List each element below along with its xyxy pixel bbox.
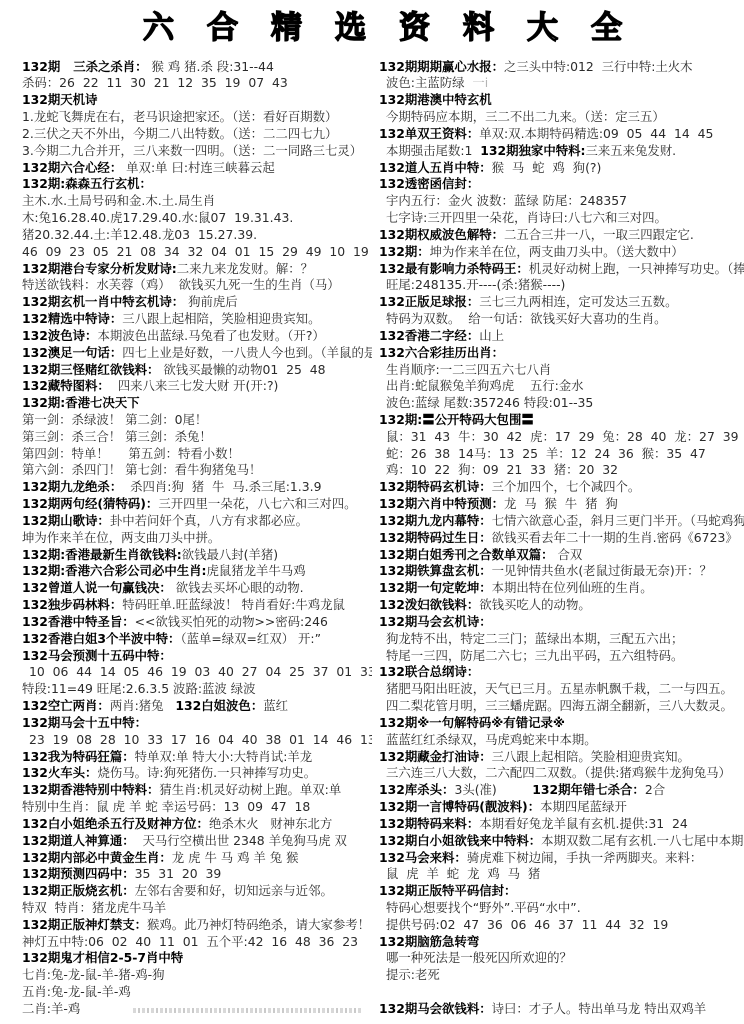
- entry-text: 单双:双.本期特码精选:09 05 44 14 45: [479, 126, 713, 141]
- list-item: 132期九龙内幕特：七情六欲意心歪，斜月三更门半开。（马蛇鸡狗）: [379, 513, 744, 530]
- entry-text: 合双: [554, 547, 583, 562]
- entry-label: 132透密函信封：: [379, 176, 479, 191]
- list-item: 132期香港特别中特料：猜生肖:机灵好动树上跑。单双:单: [22, 782, 372, 799]
- list-item: 132期一言博特码(靓波料)：本期四尾蓝绿开: [379, 799, 744, 816]
- list-item: 2.三伏之天不外出，今期二八出特数。（送：二二四七九）: [22, 126, 372, 143]
- entry-text: 哪一种死法是一般死囚所欢迎的？: [386, 950, 572, 965]
- entry-text: 绝杀木火 财神东北方: [209, 816, 332, 831]
- entry-text: 主木.水.土局号码和金.木.土.局生肖: [22, 193, 215, 208]
- list-item: 132期白小姐欲钱来中特料：本期双数二尾有玄机.一八七尾中本期: [379, 833, 744, 850]
- entry-text: 坤为作来羊在位，两支曲刀头中拼。: [22, 530, 220, 545]
- list-item: 宇内五行：金火 波数：蓝绿 防尾：248357: [379, 193, 744, 210]
- entry-text: 10 06 44 14 05 46 19 03 40 27 04 25 37 0…: [29, 664, 372, 679]
- entry-text: 坤为作来羊在位，两支曲刀头中。（送大数中）: [430, 244, 684, 259]
- entry-text: 欲钱最八封(羊猪): [182, 547, 278, 562]
- list-item: 132期马会欲钱料：诗曰：才子人。特出单马龙 特出双鸡羊: [379, 1001, 744, 1018]
- entry-text: 本期双数二尾有玄机.一八七尾中本期: [541, 833, 743, 848]
- list-item: 第四剑：特单！ 第五剑：特看小数！: [22, 446, 372, 463]
- entry-text: 猴 马 蛇 鸡 狗(?): [492, 160, 602, 175]
- entry-text: 四来八来三七发大财 开(开:?): [110, 378, 279, 393]
- list-item: 特送欲钱料：水芙蓉（鸡） 欲钱买九死一生的生肖（马）: [22, 277, 372, 294]
- number-row: 蛇：26 38 14马：13 25 羊：12 24 36 猴：35 47: [379, 446, 744, 463]
- entry-label: 132道人五肖中特：: [379, 160, 492, 175]
- entry-text: 三六连三八大数，二六配四二双数。（提供:猪鸡猴牛龙狗兔马）: [386, 765, 731, 780]
- entry-label: 132正版足球报：: [379, 294, 479, 309]
- entry-label: 132期预测四码中：: [22, 866, 135, 881]
- entry-text: 蛇：26 38 14马：13 25 羊：12 24 36 猴：35 47: [386, 446, 706, 461]
- list-item: 今期特码应本期，三二不出二九来。（送：定三五）: [379, 109, 744, 126]
- entry-text: 欲钱买最懒的动物01 25 48: [159, 362, 325, 377]
- entry-text: 二五合三井一八，一取三四跟定它.: [504, 227, 694, 242]
- entry-label: 132期※一句解特码※有错记录※: [379, 715, 565, 730]
- list-item: 132空亡两肖：两肖:猪兔 132白姐波色：蓝红: [22, 698, 372, 715]
- list-item: 132期:森森五行玄机：: [22, 176, 372, 193]
- entry-label: 132期特码来料：: [379, 816, 479, 831]
- entry-text: 本期出特在位列仙班的生肖。: [492, 580, 653, 595]
- entry-text: 两肖:猪兔: [110, 698, 176, 713]
- entry-text: 特码旺单.旺蓝绿波！ 特肖看好:牛鸡龙鼠: [122, 597, 345, 612]
- entry-label: 132六合彩挂历出肖：: [379, 345, 504, 360]
- entry-text: 单双:单 曰:村连三峡暮云起: [122, 160, 275, 175]
- entry-label: 132期道人神算通：: [22, 833, 135, 848]
- list-item: 七字诗:三开四里一朵花，肖诗曰:八七六和三对四。: [379, 210, 744, 227]
- entry-label: 132期铁算盘玄机：: [379, 563, 492, 578]
- entry-text: 第一剑：杀绿波！ 第二剑：0尾！: [22, 412, 207, 427]
- list-item: 出肖:蛇鼠猴兔羊狗鸡虎 五行:金水: [379, 378, 744, 395]
- list-item: 第六剑：杀四门！ 第七剑：看牛狗猪兔马！: [22, 462, 372, 479]
- entry-label: 132期两句经(猜特码)：: [22, 496, 158, 511]
- list-item: 蓝蓝红红杀绿双，马虎鸡蛇来中本期。: [379, 732, 744, 749]
- list-item: 132期正版烧玄机：左邻右舍要和好，切知远亲与近邻。: [22, 883, 372, 900]
- entry-label: 132期年错七杀合：: [532, 782, 645, 797]
- entry-text: 三开四里一朵花，八七六和三对四。: [158, 496, 356, 511]
- entry-text: 二来九来龙发财。解：？: [177, 261, 313, 276]
- entry-text: 虎鼠猪龙羊牛马鸡: [206, 563, 305, 578]
- entry-label: 132期独家中特料:: [480, 143, 585, 158]
- entry-text: 猜生肖:机灵好动树上跑。单双:单: [159, 782, 341, 797]
- entry-label: 132期山歌诗：: [22, 513, 110, 528]
- entry-label: 132期内部必中黄金生肖：: [22, 850, 172, 865]
- list-item: 特段:11=49 旺尾:2.6.3.5 波路:蓝波 绿波: [22, 681, 372, 698]
- list-item: 132火车头：烧伤马。诗:狗死猪伤.一只神捧写功史。: [22, 765, 372, 782]
- list-item: 132期特码玄机诗：三个加四个，七个减四个。: [379, 479, 744, 496]
- entry-label: 132期马会欲钱料：: [379, 1001, 492, 1016]
- entry-text: 猴 鸡 猪.杀 段:31--44: [148, 59, 274, 74]
- entry-text: 鼠 虎 羊 蛇 龙 鸡 马 猪: [386, 866, 540, 881]
- list-item: 132联合总纲诗：: [379, 664, 744, 681]
- entry-label: 132精选中特诗：: [22, 311, 122, 326]
- list-item: 132期六合心经： 单双:单 曰:村连三峡暮云起: [22, 160, 372, 177]
- list-item: 四二梨花管月明，三三蟠虎踞。四海五湖全翻新，三八大数灵。: [379, 698, 744, 715]
- list-item: 132期马会十五中特：: [22, 715, 372, 732]
- entry-label: 132最有影响力杀特码王：: [379, 261, 529, 276]
- list-item: 132六合彩挂历出肖：: [379, 345, 744, 362]
- list-item: 132期内部必中黄金生肖：龙 虎 牛 马 鸡 羊 兔 猴: [22, 850, 372, 867]
- list-item: 本期强击尾数:1 132期独家中特料:三来五来兔发财.: [379, 143, 744, 160]
- list-item: 132期期期赢心水报：之三头中特:012 三行中特:土火木: [379, 59, 744, 76]
- list-item: 坤为作来羊在位，两支曲刀头中拼。: [22, 530, 372, 547]
- list-item: 1.龙蛇飞舞虎在右，老马识途把家还。（送：看好百期数）: [22, 109, 372, 126]
- entry-text: 本期四尾蓝绿开: [540, 799, 627, 814]
- list-item: 木:兔16.28.40.虎17.29.40.水:鼠07 19.31.43.: [22, 210, 372, 227]
- entry-text: 波色:蓝绿 尾数:357246 特段:01--35: [386, 395, 593, 410]
- list-item: 132藏特图料： 四来八来三七发大财 开(开:?): [22, 378, 372, 395]
- entry-label: 132期正版特平码信封：: [379, 883, 516, 898]
- entry-text: 天马行空横出世 2348 羊兔狗马虎 双: [135, 833, 347, 848]
- entry-text: 波色:主蓝防绿: [386, 75, 472, 90]
- entry-text: 神灯五中特:06 02 40 11 01 五个平:42 16 48 36 23: [22, 934, 358, 949]
- entry-text: 特尾一三四，防尾二六七；三九出平码，五六组特码。: [386, 648, 683, 663]
- entry-label: 132期特码玄机诗：: [379, 479, 492, 494]
- entry-label: 132期六肖中特预测：: [379, 496, 504, 511]
- entry-label: 132独步码林料：: [22, 597, 122, 612]
- list-item: 132库杀头：3头(准) 132期年错七杀合：2合: [379, 782, 744, 799]
- entry-text: 三个加四个，七个减四个。: [492, 479, 641, 494]
- list-item: 132期马会玄机诗：: [379, 614, 744, 631]
- entry-text: 35 31 20 39: [135, 866, 222, 881]
- list-item: 特别中生肖：鼠 虎 羊 蛇 幸运号码：13 09 47 18: [22, 799, 372, 816]
- entry-label: 132期白小姐欲钱来中特料：: [379, 833, 541, 848]
- list-item: 132期一句定乾坤：本期出特在位列仙班的生肖。: [379, 580, 744, 597]
- entry-text: 特单双:单 特大小:大特肖试:羊龙: [135, 749, 313, 764]
- list-item: 132期天机诗: [22, 92, 372, 109]
- entry-text: 三八跟上起相陪，笑脸相迎贵宾知。: [122, 311, 320, 326]
- entry-label: 132马会预测十五码中特：: [22, 648, 172, 663]
- entry-label: 132期九龙内幕特：: [379, 513, 492, 528]
- entry-label: 132香港中特圣旨：: [22, 614, 135, 629]
- list-item: 132期藏金打油诗：三八跟上起相陪。笑脸相迎贵宾知。: [379, 749, 744, 766]
- entry-label: 132期玄机一肖中特玄机诗：: [22, 294, 184, 309]
- entry-text: 特送欲钱料：水芙蓉（鸡） 欲钱买九死一生的生肖（马）: [22, 277, 340, 292]
- entry-text: 旺尾:248135.开----(杀:猪猴----): [386, 277, 565, 292]
- entry-text: 三八跟上起相陪。笑脸相迎贵宾知。: [492, 749, 690, 764]
- list-item: 提示:老死: [379, 967, 744, 984]
- list-item: 三六连三八大数，二六配四二双数。（提供:猪鸡猴牛龙狗兔马）: [379, 765, 744, 782]
- list-item: 132期港台专家分析发财诗:二来九来龙发财。解：？: [22, 261, 372, 278]
- entry-text: 欲钱去买坏心眼的动物.: [172, 580, 304, 595]
- entry-text: 猴鸡。此乃神灯特码绝杀，请大家参考！: [147, 917, 370, 932]
- entry-text: 提示:老死: [386, 967, 440, 982]
- entry-label: 132期特码过生日：: [379, 530, 492, 545]
- entry-label: 132单双王资料：: [379, 126, 479, 141]
- entry-text: 龙 虎 牛 马 鸡 羊 兔 猴: [172, 850, 299, 865]
- number-row: 提供号码:02 47 36 06 46 37 11 44 32 19: [379, 917, 744, 934]
- entry-text: 杀码：26 22 11 30 21 12 35 19 07 43: [22, 75, 288, 90]
- list-item: 杀码：26 22 11 30 21 12 35 19 07 43: [22, 75, 372, 92]
- list-item: 132精选中特诗：三八跟上起相陪，笑脸相迎贵宾知。: [22, 311, 372, 328]
- list-item: 132期脑筋急转弯: [379, 934, 744, 951]
- entry-text: 二肖:羊-鸡: [22, 1001, 80, 1016]
- entry-label: 132期一句定乾坤：: [379, 580, 492, 595]
- entry-label: 132期香港特别中特料：: [22, 782, 159, 797]
- list-item: 132澳足一句话：四七上业是好数，一八贵人今也到。（羊鼠的是: [22, 345, 372, 362]
- entry-text: 三七三九两相连，定可发达三五数。: [479, 294, 677, 309]
- entry-text: 2.三伏之天不外出，今期二八出特数。（送：二二四七九）: [22, 126, 337, 141]
- entry-label: 132期 三杀之杀肖：: [22, 59, 148, 74]
- entry-label: 132白小姐绝杀五行及财神方位：: [22, 816, 209, 831]
- list-item: 132泼妇欲钱料：欲钱买吃人的动物。: [379, 597, 744, 614]
- list-item: 猪20.32.44.土:羊12.48.龙03 15.27.39.: [22, 227, 372, 244]
- right-column: 132期期期赢心水报：之三头中特:012 三行中特:土火木 波色:主蓝防绿 一i…: [379, 59, 744, 1018]
- entry-text: 特别中生肖：鼠 虎 羊 蛇 幸运号码：13 09 47 18: [22, 799, 310, 814]
- entry-text: 提供号码:02 47 36 06 46 37 11 44 32 19: [386, 917, 668, 932]
- list-item: 132期山歌诗：卦中若问奸个真，八方有求都必应。: [22, 513, 372, 530]
- entry-label: 132期：: [379, 244, 430, 259]
- entry-label: 132火车头：: [22, 765, 97, 780]
- entry-text: 杀四肖:狗 猪 牛 马.杀三尾:1.3.9: [122, 479, 321, 494]
- list-item: 132期正版特平码信封：: [379, 883, 744, 900]
- list-item: 132期九龙绝杀： 杀四肖:狗 猪 牛 马.杀三尾:1.3.9: [22, 479, 372, 496]
- entry-label: 132泼妇欲钱料：: [379, 597, 479, 612]
- entry-text: 机灵好动树上跑，一只神捧写功史。（捧）: [529, 261, 744, 276]
- list-item: 132期 三杀之杀肖： 猴 鸡 猪.杀 段:31--44: [22, 59, 372, 76]
- entry-label: 132期藏金打油诗：: [379, 749, 492, 764]
- entry-text: 特码为双数。 给一句话：欲钱买好大喜功的生肖。: [386, 311, 666, 326]
- entry-text: 四七上业是好数，一八贵人今也到。（羊鼠的是: [122, 345, 372, 360]
- entry-text: 蓝蓝红红杀绿双，马虎鸡蛇来中本期。: [386, 732, 597, 747]
- list-item: 132期正版神灯禁支：猴鸡。此乃神灯特码绝杀，请大家参考！: [22, 917, 372, 934]
- list-item: 波色:蓝绿 尾数:357246 特段:01--35: [379, 395, 744, 412]
- entry-text: 本期看好兔龙羊鼠有玄机.提供:31 24: [479, 816, 688, 831]
- entry-text: 出肖:蛇鼠猴兔羊狗鸡虎 五行:金水: [386, 378, 584, 393]
- page-title: 六合精选资料大全: [143, 10, 655, 46]
- number-row: 23 19 08 28 10 33 17 16 04 40 38 01 14 4…: [22, 732, 372, 749]
- list-item: 132期特码过生日：欲钱买看去年二十一期的生肖.密码《6723》: [379, 530, 744, 547]
- entry-text: 特码心想要找个“野外”.平码“水中”.: [386, 900, 581, 915]
- entry-label: 132期天机诗: [22, 92, 97, 107]
- entry-text: 2合: [645, 782, 665, 797]
- list-item: 旺尾:248135.开----(杀:猪猴----): [379, 277, 744, 294]
- list-item: 哪一种死法是一般死囚所欢迎的？: [379, 950, 744, 967]
- list-item: 3.今期二九合并开，三八来数一四明。（送：二一同路三七灵）: [22, 143, 372, 160]
- list-item: 第三剑：杀三合！ 第三剑：杀兔！: [22, 429, 372, 446]
- entry-label: 132澳足一句话：: [22, 345, 122, 360]
- entry-label: 132期:香港七决天下: [22, 395, 140, 410]
- entry-label: 132我为特码狂篇：: [22, 749, 135, 764]
- list-item: 132透密函信封：: [379, 176, 744, 193]
- number-row: 鼠：31 43 牛：30 42 虎：17 29 兔：28 40 龙：27 39: [379, 429, 744, 446]
- entry-label: 132空亡两肖：: [22, 698, 110, 713]
- entry-text: 欲钱买看去年二十一期的生肖.密码《6723》: [492, 530, 738, 545]
- entry-text: 第三剑：杀三合！ 第三剑：杀兔！: [22, 429, 212, 444]
- entry-text: 四二梨花管月明，三三蟠虎踞。四海五湖全翻新，三八大数灵。: [386, 698, 733, 713]
- list-item: 132期权威波色解特：二五合三井一八，一取三四跟定它.: [379, 227, 744, 244]
- list-item: 132期：坤为作来羊在位，两支曲刀头中。（送大数中）: [379, 244, 744, 261]
- entry-text: 骑虎难下树边闹，手执一斧两脚夹。来料：: [467, 850, 702, 865]
- entry-text: 卦中若问奸个真，八方有求都必应。: [110, 513, 308, 528]
- entry-label: 132期鬼才相信2-5-7肖中特: [22, 950, 183, 965]
- entry-text: 猪20.32.44.土:羊12.48.龙03 15.27.39.: [22, 227, 257, 242]
- entry-text: 七情六欲意心歪，斜月三更门半开。（马蛇鸡狗）: [492, 513, 744, 528]
- entry-text: 烧伤马。诗:狗死猪伤.一只神捧写功史。: [97, 765, 316, 780]
- entry-label: 132期权威波色解特：: [379, 227, 504, 242]
- entry-text: 山上: [479, 328, 504, 343]
- list-item: 特尾一三四，防尾二六七；三九出平码，五六组特码。: [379, 648, 744, 665]
- entry-text: 46 09 23 05 21 08 34 32 04 01 15 29 49 1…: [22, 244, 369, 259]
- entry-label: 132期:森森五行玄机：: [22, 176, 152, 191]
- entry-text: 木:兔16.28.40.虎17.29.40.水:鼠07 19.31.43.: [22, 210, 293, 225]
- entry-label: 132期马会玄机诗：: [379, 614, 492, 629]
- entry-label: 132期脑筋急转弯: [379, 934, 479, 949]
- entry-label: 132期:香港最新生肖欲钱料:: [22, 547, 182, 562]
- list-item: 132道人五肖中特：猴 马 蛇 鸡 狗(?): [379, 160, 744, 177]
- list-item: 132期铁算盘玄机：一见钟情共鱼水(老鼠过街最无奈)开：？: [379, 563, 744, 580]
- list-item: 狗龙特不出，特定二三门；蓝绿出本期，三配五六出；: [379, 631, 744, 648]
- entry-label: 132期马会十五中特：: [22, 715, 147, 730]
- entry-label: 132期正版神灯禁支：: [22, 917, 147, 932]
- list-item: 第一剑：杀绿波！ 第二剑：0尾！: [22, 412, 372, 429]
- entry-text: （蓝单=绿双=红双） 开:”: [180, 631, 321, 646]
- list-item: 132香港中特圣旨：<<欲钱买怕死的动物>>密码:246: [22, 614, 372, 631]
- entry-label: 132期一言博特码(靓波料)：: [379, 799, 540, 814]
- entry-text: 三来五来兔发财.: [585, 143, 676, 158]
- entry-text: 本期强击尾数:1: [386, 143, 480, 158]
- list-item: 132最有影响力杀特码王：机灵好动树上跑，一只神捧写功史。（捧）: [379, 261, 744, 278]
- number-row: 10 06 44 14 05 46 19 03 40 27 04 25 37 0…: [22, 664, 372, 681]
- entry-text: 1.龙蛇飞舞虎在右，老马识途把家还。（送：看好百期数）: [22, 109, 337, 124]
- list-item: 132白小姐绝杀五行及财神方位：绝杀木火 财神东北方: [22, 816, 372, 833]
- entry-text: 特双 特肖：猪龙虎牛马羊: [22, 900, 166, 915]
- list-item: 132期六肖中特预测：龙 马 猴 牛 猪 狗: [379, 496, 744, 513]
- list-item: 132期鬼才相信2-5-7肖中特: [22, 950, 372, 967]
- entry-text: 3.今期二九合并开，三八来数一四明。（送：二一同路三七灵）: [22, 143, 362, 158]
- entry-text: 诗曰：才子人。特出单马龙 特出双鸡羊: [492, 1001, 707, 1016]
- entry-label: 132香港白姐3个半波中特：: [22, 631, 180, 646]
- list-item: 132期两句经(猜特码)：三开四里一朵花，八七六和三对四。: [22, 496, 372, 513]
- entry-text: 龙 马 猴 牛 猪 狗: [504, 496, 618, 511]
- list-item: 132香港白姐3个半波中特：（蓝单=绿双=红双） 开:”: [22, 631, 372, 648]
- entry-label: 132期九龙绝杀：: [22, 479, 122, 494]
- entry-label: 132期三怪赌红欲钱料：: [22, 362, 159, 377]
- list-item: 特码心想要找个“野外”.平码“水中”.: [379, 900, 744, 917]
- list-item: 生肖顺序:一二三四五六七八肖: [379, 362, 744, 379]
- list-item: 132期三怪赌红欲钱料： 欲钱买最懒的动物01 25 48: [22, 362, 372, 379]
- entry-label: 132期:〓公开特码大包围〓: [379, 412, 534, 427]
- list-item: 132期港澳中特玄机: [379, 92, 744, 109]
- entry-label: 132期港澳中特玄机: [379, 92, 492, 107]
- faded-text: 一i: [472, 75, 488, 90]
- entry-text: 23 19 08 28 10 33 17 16 04 40 38 01 14 4…: [29, 732, 372, 747]
- list-item: 132期玄机一肖中特玄机诗： 狗前虎后: [22, 294, 372, 311]
- entry-text: 今期特码应本期，三二不出二九来。（送：定三五）: [386, 109, 665, 124]
- entry-text: 左邻右舍要和好，切知远亲与近邻。: [135, 883, 333, 898]
- list-item: 132我为特码狂篇：特单双:单 特大小:大特肖试:羊龙: [22, 749, 372, 766]
- entry-text: 七字诗:三开四里一朵花，肖诗曰:八七六和三对四。: [386, 210, 667, 225]
- list-item: 132香港二字经：山上: [379, 328, 744, 345]
- entry-text: 五肖:兔-龙-鼠-羊-鸡: [22, 984, 131, 999]
- entry-text: 特段:11=49 旺尾:2.6.3.5 波路:蓝波 绿波: [22, 681, 256, 696]
- entry-label: 132期期期赢心水报：: [379, 59, 504, 74]
- entry-text: 本期波色出蓝绿.马兔看了也发财。（开?）: [97, 328, 324, 343]
- list-item: 132期白姐秀刊之合数单双篇： 合双: [379, 547, 744, 564]
- entry-label: 132期六合心经：: [22, 160, 122, 175]
- list-item: 神灯五中特:06 02 40 11 01 五个平:42 16 48 36 23: [22, 934, 372, 951]
- list-item: 132期:香港七决天下: [22, 395, 372, 412]
- entry-label: 132期港台专家分析发财诗:: [22, 261, 177, 276]
- entry-text: 狗前虎后: [184, 294, 238, 309]
- list-item: 132期特码来料：本期看好兔龙羊鼠有玄机.提供:31 24: [379, 816, 744, 833]
- entry-text: 鸡：10 22 狗：09 21 33 猪：20 32: [386, 462, 618, 477]
- entry-label: 132藏特图料：: [22, 378, 110, 393]
- entry-label: 132香港二字经：: [379, 328, 479, 343]
- list-item: 132单双王资料：单双:双.本期特码精选:09 05 44 14 45: [379, 126, 744, 143]
- left-column: 132期 三杀之杀肖： 猴 鸡 猪.杀 段:31--44 杀码：26 22 11…: [22, 59, 372, 1018]
- list-item: 鼠 虎 羊 蛇 龙 鸡 马 猪: [379, 866, 744, 883]
- entry-label: 132联合总纲诗：: [379, 664, 479, 679]
- list-item: 特码为双数。 给一句话：欲钱买好大喜功的生肖。: [379, 311, 744, 328]
- list-item: 波色:主蓝防绿 一i: [379, 75, 744, 92]
- entry-label: 132库杀头：: [379, 782, 454, 797]
- entry-label: 132马会来料：: [379, 850, 467, 865]
- list-item: 132期:〓公开特码大包围〓: [379, 412, 744, 429]
- list-item: 132独步码林料：特码旺单.旺蓝绿波！ 特肖看好:牛鸡龙鼠: [22, 597, 372, 614]
- entry-label: 132期白姐秀刊之合数单双篇：: [379, 547, 554, 562]
- entry-text: <<欲钱买怕死的动物>>密码:246: [135, 614, 328, 629]
- list-item: 132马会来料：骑虎难下树边闹，手执一斧两脚夹。来料：: [379, 850, 744, 867]
- entry-text: 猪肥马阳出旺波，天气已三月。五星赤帆飘千栽，二一与四五。: [386, 681, 733, 696]
- entry-text: 第四剑：特单！ 第五剑：特看小数！: [22, 446, 240, 461]
- entry-label: 132波色诗：: [22, 328, 97, 343]
- entry-text: 第六剑：杀四门！ 第七剑：看牛狗猪兔马！: [22, 462, 261, 477]
- entry-text: 一见钟情共鱼水(老鼠过街最无奈)开：？: [492, 563, 712, 578]
- list-item: 特双 特肖：猪龙虎牛马羊: [22, 900, 372, 917]
- entry-text: 3头(准): [454, 782, 532, 797]
- entry-label: 132白姐波色：: [175, 698, 263, 713]
- list-item: 132曾道人说一句赢钱决： 欲钱去买坏心眼的动物.: [22, 580, 372, 597]
- entry-text: 蓝红: [263, 698, 288, 713]
- list-item: 132期:香港六合彩公司必中生肖:虎鼠猪龙羊牛马鸡: [22, 563, 372, 580]
- list-item: 七肖:兔-龙-鼠-羊-猪-鸡-狗: [22, 967, 372, 984]
- list-item: 五肖:兔-龙-鼠-羊-鸡: [22, 984, 372, 1001]
- number-row: 鸡：10 22 狗：09 21 33 猪：20 32: [379, 462, 744, 479]
- entry-text: 欲钱买吃人的动物。: [479, 597, 591, 612]
- list-item: 132期道人神算通： 天马行空横出世 2348 羊兔狗马虎 双: [22, 833, 372, 850]
- list-item: 132期预测四码中：35 31 20 39: [22, 866, 372, 883]
- entry-label: 132期正版烧玄机：: [22, 883, 135, 898]
- entry-text: 生肖顺序:一二三四五六七八肖: [386, 362, 551, 377]
- entry-text: 宇内五行：金火 波数：蓝绿 防尾：248357: [386, 193, 627, 208]
- entry-text: 七肖:兔-龙-鼠-羊-猪-鸡-狗: [22, 967, 165, 982]
- entry-label: 132曾道人说一句赢钱决：: [22, 580, 172, 595]
- list-item: 132马会预测十五码中特：: [22, 648, 372, 665]
- faded-text-artifact: [133, 1008, 362, 1013]
- entry-text: 狗龙特不出，特定二三门；蓝绿出本期，三配五六出；: [386, 631, 683, 646]
- list-item: 132期:香港最新生肖欲钱料:欲钱最八封(羊猪): [22, 547, 372, 564]
- entry-text: 鼠：31 43 牛：30 42 虎：17 29 兔：28 40 龙：27 39: [386, 429, 738, 444]
- blank-line: [379, 984, 744, 1001]
- list-item: 132正版足球报：三七三九两相连，定可发达三五数。: [379, 294, 744, 311]
- list-item: 132波色诗：本期波色出蓝绿.马兔看了也发财。（开?）: [22, 328, 372, 345]
- list-item: 主木.水.土局号码和金.木.土.局生肖: [22, 193, 372, 210]
- entry-label: 132期:香港六合彩公司必中生肖:: [22, 563, 206, 578]
- entry-text: 之三头中特:012 三行中特:土火木: [504, 59, 693, 74]
- list-item: 猪肥马阳出旺波，天气已三月。五星赤帆飘千栽，二一与四五。: [379, 681, 744, 698]
- list-item: 132期※一句解特码※有错记录※: [379, 715, 744, 732]
- list-item: 46 09 23 05 21 08 34 32 04 01 15 29 49 1…: [22, 244, 372, 261]
